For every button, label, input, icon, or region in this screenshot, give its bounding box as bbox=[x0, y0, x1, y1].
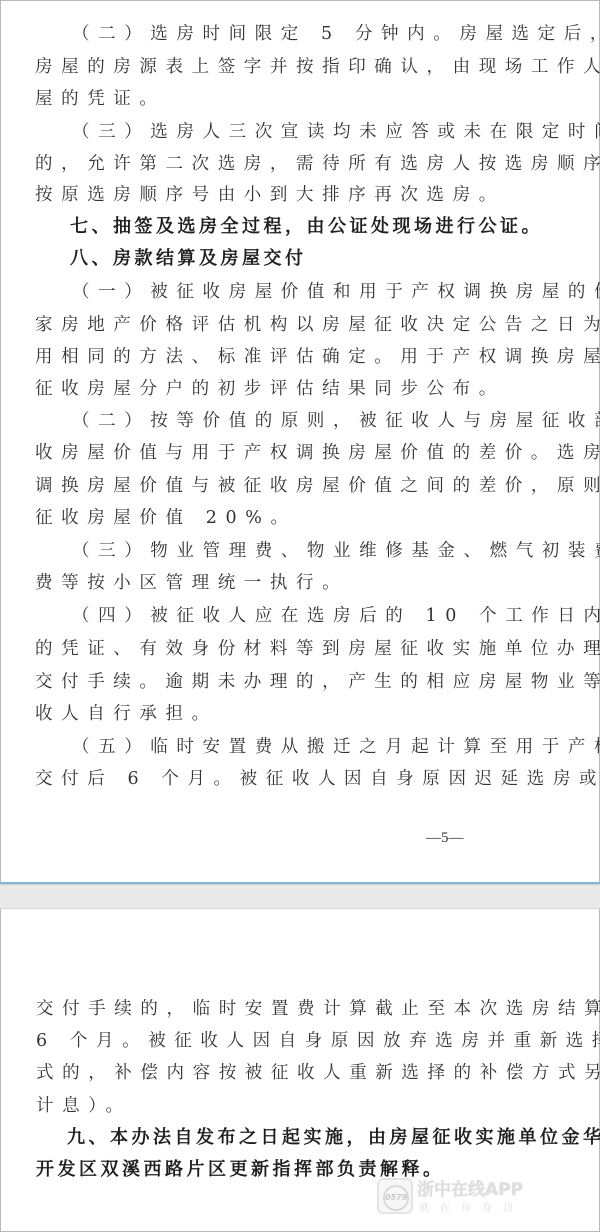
text-line: 用相同的方法、标准评估确定。用于产权调换房屋评估价格与被 bbox=[35, 346, 600, 368]
text-line: （三）物业管理费、物业维修基金、燃气初装费、垃圾清运 bbox=[72, 540, 600, 562]
text-line: 交付手续。逾期未办理的，产生的相应房屋物业等费用由被征 bbox=[35, 671, 600, 693]
text-line: 按原选房顺序号由小到大排序再次选房。 bbox=[35, 184, 505, 206]
text-line: 收人自行承担。 bbox=[35, 703, 218, 725]
text-line: 交付后 6 个月。被征收人因自身原因迟延选房或逾期办理房屋 bbox=[35, 768, 600, 790]
text-line: 费等按小区管理统一执行。 bbox=[35, 572, 348, 594]
text-line: 屋的凭证。 bbox=[35, 88, 166, 110]
document-page-5: （二）选房时间限定 5 分钟内。房屋选定后，选房人在所选 房屋的房源表上签字并按… bbox=[1, 1, 599, 882]
text-line: 房屋的房源表上签字并按指印确认，由现场工作人员发放所选房 bbox=[35, 56, 600, 78]
text-line: 征收房屋分户的初步评估结果同步公布。 bbox=[35, 378, 505, 400]
text-line: 收房屋价值与用于产权调换房屋价值的差价。选房人选择的产权 bbox=[35, 442, 600, 464]
watermark-title: 浙中在线APP bbox=[417, 1175, 523, 1200]
app-logo-icon: 0579 bbox=[377, 1178, 413, 1214]
app-watermark: 0579 浙中在线APP 就在你身边 bbox=[377, 1175, 597, 1227]
text-line: （一）被征收房屋价值和用于产权调换房屋的价值，由同一 bbox=[72, 281, 600, 303]
text-line: 交付手续的，临时安置费计算截止至本次选房结算期限届满后 bbox=[36, 998, 600, 1020]
text-line: 征收房屋价值 20%。 bbox=[35, 507, 297, 529]
text-line: （四）被征收人应在选房后的 10 个工作日内，持所选房屋 bbox=[72, 605, 600, 627]
section-heading-9: 九、本办法自发布之日起实施，由房屋征收实施单位金华 bbox=[67, 1127, 600, 1149]
text-line: 计息）。 bbox=[36, 1095, 132, 1117]
watermark-slogan: 就在你身边 bbox=[419, 1199, 524, 1214]
text-line: （二）选房时间限定 5 分钟内。房屋选定后，选房人在所选 bbox=[72, 23, 600, 45]
page-gap bbox=[0, 884, 600, 909]
text-line: 调换房屋价值与被征收房屋价值之间的差价，原则上应不超出被 bbox=[35, 475, 600, 497]
section-heading-7: 七、抽签及选房全过程，由公证处现场进行公证。 bbox=[70, 216, 543, 238]
page-number: —5— bbox=[426, 830, 464, 847]
text-line: 家房地产价格评估机构以房屋征收决定公告之日为评估时点，采 bbox=[35, 314, 600, 336]
text-line: 式的，补偿内容按被征收人重新选择的补偿方式另行确定（不 bbox=[36, 1062, 600, 1084]
text-line: 的，允许第二次选房，需待所有选房人按选房顺序号一轮选房后， bbox=[35, 153, 600, 175]
text-line: （二）按等价值的原则，被征收人与房屋征收部门结算被征 bbox=[72, 410, 600, 432]
text-line: （三）选房人三次宣读均未应答或未在限定时间内选定房屋 bbox=[72, 121, 600, 143]
text-line: 的凭证、有效身份材料等到房屋征收实施单位办理结算及房屋 bbox=[35, 638, 600, 660]
text-line: （五）临时安置费从搬迁之月起计算至用于产权调换房屋 bbox=[72, 736, 600, 758]
section-heading-8: 八、房款结算及房屋交付 bbox=[70, 248, 307, 270]
text-line: 6 个月。被征收人因自身原因放弃选房并重新选择其他补偿方 bbox=[36, 1030, 600, 1052]
logo-badge-text: 0579 bbox=[383, 1185, 409, 1211]
